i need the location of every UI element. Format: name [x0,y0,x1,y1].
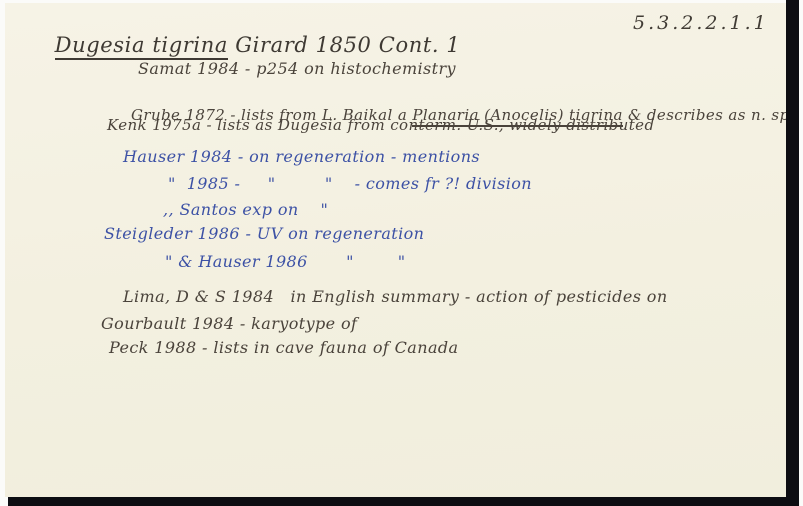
scanned-index-card: Dugesia tigrina Girard 1850 Cont. 1 5.3.… [0,0,803,506]
note-line-lima-1984: Lima, D & S 1984 in English summary - ac… [123,288,668,306]
note-line-santos: ,, Santos exp on " [163,201,328,219]
card-title-rest: Girard 1850 Cont. 1 [228,33,460,57]
scan-shadow-right [786,0,799,506]
catalog-number: 5.3.2.2.1.1 [633,13,769,34]
note-line-kenk-1975a: Kenk 1975a - lists as Dugesia from conte… [107,117,654,134]
note-line-gourbault-1984: Gourbault 1984 - karyotype of [101,315,357,333]
note-line-samat-1984: Samat 1984 - p254 on histochemistry [138,60,456,78]
note-line-peck-1988: Peck 1988 - lists in cave fauna of Canad… [109,339,458,357]
index-card: Dugesia tigrina Girard 1850 Cont. 1 5.3.… [5,3,786,497]
note-line-hauser-1984: Hauser 1984 - on regeneration - mentions [123,148,480,166]
note-line-steigleder-1986: Steigleder 1986 - UV on regeneration [104,225,424,243]
note-line-hauser-1985-ditto: " 1985 - " " - comes fr ?! division [168,175,532,193]
scan-shadow-bottom [8,497,799,506]
note-line-steigleder-hauser-1986: " & Hauser 1986 " " [165,253,406,271]
card-title-species: Dugesia tigrina [55,33,228,60]
